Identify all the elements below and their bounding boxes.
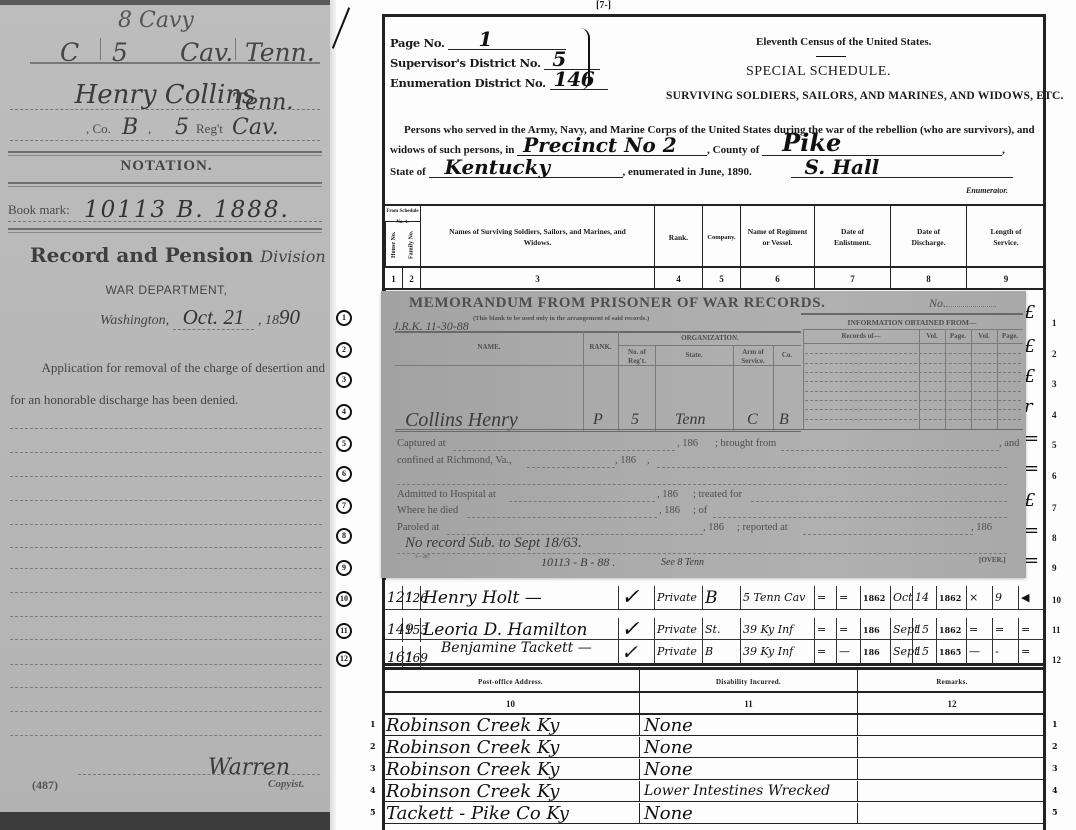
- grid-line: [803, 343, 1023, 344]
- dotted-line: [509, 501, 655, 502]
- state-value: Kentucky: [445, 155, 551, 179]
- column-number: 12: [858, 693, 1046, 713]
- discharge-month: Sept: [891, 618, 913, 642]
- memo-title: MEMORANDUM FROM PRISONER OF WAR RECORDS.: [409, 295, 826, 312]
- row-number-left: 1: [370, 719, 376, 729]
- service-days: =: [1019, 640, 1045, 664]
- row-number-right: 2: [1052, 741, 1058, 751]
- row-number-left: 3: [370, 763, 376, 773]
- column-number: 2: [403, 268, 421, 290]
- service-record-card: 8 Cavy C 5 Cav. Tenn. Henry Collins , Co…: [0, 0, 333, 830]
- column-header-company: Company.: [703, 206, 741, 268]
- grid-line: [803, 329, 1023, 330]
- memo-info-col-page: Page.: [945, 332, 971, 341]
- remarks: [858, 715, 1046, 736]
- rank: Private: [655, 640, 703, 664]
- row-number-right: 4: [1052, 785, 1058, 795]
- dotted-line: [781, 450, 999, 451]
- service-months: =: [993, 618, 1019, 642]
- column-header-enlistment: Date of Enlistment.: [815, 206, 891, 268]
- dotted-line: [805, 409, 1021, 410]
- margin-mark: =: [1024, 428, 1039, 449]
- regiment-label: Reg't: [196, 121, 223, 137]
- memo-info-col-page: Page.: [997, 332, 1023, 341]
- dotted-line: [803, 534, 973, 535]
- blank-line: [10, 664, 322, 665]
- memo-number: No.: [929, 296, 996, 311]
- column-header-rank: Rank.: [655, 206, 703, 268]
- soldier-name: Benjamine Tackett —: [421, 640, 619, 664]
- column-number: 11: [640, 693, 858, 713]
- column-number: 9: [967, 268, 1045, 290]
- discharge-day: 14: [913, 586, 937, 610]
- dotted-line: [751, 501, 1007, 502]
- prisoner-of-war-memorandum: MEMORANDUM FROM PRISONER OF WAR RECORDS.…: [381, 291, 1026, 578]
- company: B: [703, 586, 741, 610]
- company-value: B: [122, 115, 138, 140]
- divider: [8, 151, 322, 156]
- page-number-line: Page No. 1: [390, 36, 566, 50]
- family-number: 126: [403, 586, 421, 610]
- blank-line: [10, 452, 322, 453]
- widows-line: widows of such persons, in Precinct No 2…: [390, 142, 1005, 156]
- column-number: 1: [385, 268, 403, 290]
- column-number: 7: [815, 268, 891, 290]
- page-label: Page No.: [390, 36, 445, 50]
- row-marker-left: 4: [336, 404, 352, 420]
- header-letter: C: [60, 38, 79, 67]
- post-office-address: Robinson Creek Ky: [382, 759, 640, 780]
- row-marker-left: 2: [336, 342, 352, 358]
- card-top-edge: [0, 0, 333, 5]
- form-top-mark: [7-­­]: [596, 0, 611, 11]
- dotted-line: [805, 381, 1021, 382]
- remarks: [858, 803, 1046, 824]
- post-office-address: Robinson Creek Ky: [382, 781, 640, 802]
- page-value-field: 1: [448, 36, 566, 50]
- post-office-address: Tackett - Pike Co Ky: [382, 803, 640, 824]
- row-marker-left: 9: [336, 560, 352, 576]
- state-field: Kentucky: [429, 164, 623, 178]
- from-schedule-header: From Schedule No. 1. House No. Family No…: [385, 206, 421, 268]
- enlistment-day: —: [837, 640, 861, 664]
- row-number-left: 5: [370, 807, 376, 817]
- brought-from-label: ; brought from: [715, 438, 776, 449]
- grid-line: [619, 345, 801, 346]
- card-header-row: C 5 Cav. Tenn.: [30, 38, 320, 64]
- date-year-prefix: , 18: [258, 313, 279, 328]
- header-state: Tenn.: [245, 38, 315, 67]
- column-header-length: Length of Service.: [967, 206, 1045, 268]
- divider: [100, 38, 101, 60]
- divider: [801, 313, 1023, 315]
- enumeration-district-line: Enumeration District No. 146: [390, 76, 608, 90]
- dotted-line: [713, 517, 1007, 518]
- blank-line: [10, 476, 322, 477]
- enumerator-signature: S. Hall: [805, 155, 880, 179]
- divider: [816, 56, 846, 57]
- blank-line: [10, 735, 322, 736]
- divider: [395, 331, 801, 333]
- house-number: 149: [385, 618, 403, 642]
- enumerator-label: Enumerator.: [966, 186, 1008, 195]
- row-number-left: 2: [370, 741, 376, 751]
- bracket: [580, 28, 590, 90]
- column-header-family: Family No.: [403, 222, 421, 268]
- enlistment-year: 186: [861, 618, 891, 642]
- died-label: Where he died: [397, 505, 458, 516]
- enlistment-month: =: [815, 618, 837, 642]
- disability: None: [640, 737, 858, 758]
- disability: None: [640, 803, 858, 824]
- row-number-right: 10: [1052, 595, 1061, 605]
- county-label: , County of: [707, 144, 759, 156]
- dotted-line: [467, 517, 657, 518]
- surviving-title: SURVIVING SOLDIERS, SAILORS, AND MARINES…: [666, 90, 1064, 102]
- blank-line: [10, 524, 322, 525]
- table-row: 2 Robinson Creek Ky None 2: [382, 737, 1046, 758]
- rank: Private: [655, 618, 703, 642]
- memo-entry-co: B: [779, 411, 789, 429]
- memo-header-co: Co.: [773, 351, 801, 360]
- copyist-label: Copyist.: [268, 778, 304, 790]
- dotted-line: [397, 484, 1007, 485]
- remarks: [858, 759, 1046, 780]
- column-header-remarks: Remarks.: [858, 670, 1046, 691]
- lower-column-numbers: 10 11 12: [382, 693, 1046, 715]
- memo-see-note: See 8 Tenn: [661, 557, 704, 568]
- enumerator-field: S. Hall: [791, 164, 1013, 178]
- service-months: -: [993, 640, 1019, 664]
- row-number-right: 11: [1052, 625, 1061, 635]
- divider: [395, 429, 1023, 430]
- row-number-right: 12: [1052, 655, 1061, 665]
- date-month-day: Oct. 21: [173, 305, 255, 330]
- column-header-regiment: Name of Regiment or Vessel.: [741, 206, 815, 268]
- memo-entry-state: Tenn: [675, 411, 706, 429]
- application-line-1: Application for removal of the charge of…: [10, 352, 325, 384]
- form-number: (487): [32, 778, 58, 793]
- regiment: 39 Ky Inf: [741, 618, 815, 642]
- column-header-discharge: Date of Discharge.: [891, 206, 967, 268]
- row-number-right: 4: [1052, 410, 1057, 420]
- annotation-cavalry: 8 Cavy: [118, 8, 194, 33]
- paroled-label: Paroled at: [397, 522, 439, 533]
- enumeration-value-field: 146: [550, 76, 608, 90]
- state-label: State of: [390, 166, 426, 178]
- confined-year: , 186: [615, 455, 636, 466]
- dotted-line: [805, 353, 1021, 354]
- blank-line: [10, 428, 322, 429]
- enlistment-month: =: [815, 586, 837, 610]
- memo-info-col-vol: Vol.: [919, 332, 945, 341]
- enlistment-day: =: [837, 618, 861, 642]
- department-label: WAR DEPARTMENT,: [0, 283, 333, 297]
- row-number-left: 4: [370, 785, 376, 795]
- blank-line: [10, 568, 322, 569]
- discharge-day: 15: [913, 640, 937, 664]
- enumerated-text: , enumerated in June, 1890.: [623, 166, 752, 178]
- regiment: 5 Tenn Cav: [741, 586, 815, 610]
- application-text: Application for removal of the charge of…: [10, 352, 325, 416]
- discharge-month: Oct: [891, 586, 913, 610]
- row-marker-left: 3: [336, 372, 352, 388]
- row-number-right: 6: [1052, 471, 1057, 481]
- row-marker-left: 11: [336, 623, 352, 639]
- service-years: —: [967, 640, 993, 664]
- column-header-house: House No.: [385, 222, 403, 268]
- co-label: , Co.: [86, 121, 111, 137]
- enlistment-month: =: [815, 640, 837, 664]
- admitted-year: , 186: [657, 489, 678, 500]
- margin-mark: =: [1024, 458, 1039, 479]
- memo-info-col-vol: Vol.: [971, 332, 997, 341]
- enlistment-day: =: [837, 586, 861, 610]
- header-arm: Cav.: [180, 38, 233, 67]
- table-row: 5 Tackett - Pike Co Ky None 5: [382, 803, 1046, 824]
- memo-entry-arm: C: [747, 411, 758, 429]
- discharge-month: Sept: [891, 640, 913, 664]
- memo-entry-rank: P: [593, 411, 603, 429]
- memo-form-code: 3—287: [415, 555, 430, 560]
- table-row: 121 126 Henry Holt — ✓ Private B 5 Tenn …: [385, 586, 1045, 610]
- dotted-line: [805, 400, 1021, 401]
- grid-line: [803, 329, 804, 429]
- office-heading: Record and Pension Division: [30, 243, 326, 267]
- memo-header-organization: ORGANIZATION.: [619, 334, 801, 343]
- company: St.: [703, 618, 741, 642]
- divider: [8, 182, 322, 187]
- from-schedule-label: From Schedule No. 1.: [385, 206, 421, 222]
- date-year-suffix: 90: [279, 305, 300, 329]
- house-number: 121: [385, 586, 403, 610]
- paroled-year: , 186: [703, 522, 724, 533]
- service-months: 9: [993, 586, 1019, 610]
- dotted-line: [805, 391, 1021, 392]
- regiment-number: 5: [175, 115, 189, 140]
- remarks: [858, 781, 1046, 802]
- admitted-label: Admitted to Hospital at: [397, 489, 496, 500]
- regiment: 39 Ky Inf: [741, 640, 815, 664]
- book-mark-value: 10113 B. 1888.: [84, 197, 290, 223]
- memo-remark: No record Sub. to Sept 18/63.: [405, 535, 582, 552]
- county-value: Pike: [782, 128, 841, 157]
- upper-table-header: From Schedule No. 1. House No. Family No…: [385, 206, 1045, 268]
- blank-line: [10, 500, 322, 501]
- confined-comma: ,: [647, 455, 650, 466]
- discharge-year: 1865: [937, 640, 967, 664]
- discharge-day: 15: [913, 618, 937, 642]
- header-number: 5: [112, 38, 128, 67]
- check-mark: ✓: [619, 640, 655, 664]
- and-label: , and: [999, 438, 1019, 449]
- column-number: 4: [655, 268, 703, 290]
- table-row: 4 Robinson Creek Ky Lower Intestines Wre…: [382, 781, 1046, 802]
- table-row: 149 153 Leoria D. Hamilton ✓ Private St.…: [385, 618, 1045, 640]
- grid-line: [618, 331, 619, 431]
- state-line: State of Kentucky, enumerated in June, 1…: [390, 164, 1013, 178]
- enlistment-year: 186: [861, 640, 891, 664]
- memo-header-regt-no: No. of Reg't.: [619, 348, 655, 366]
- company-regiment-line: , Co. B , 5 Reg't Tenn. Cav.: [10, 115, 320, 141]
- service-days: =: [1019, 618, 1045, 642]
- column-header-disability: Disability Incurred.: [640, 670, 858, 691]
- row-marker-left: 1: [336, 310, 352, 326]
- confined-label: confined at Richmond, Va.,: [397, 455, 512, 466]
- service-days: ◀: [1019, 586, 1045, 610]
- upper-column-numbers: 1 2 3 4 5 6 7 8 9: [385, 268, 1045, 290]
- washington-label: Washington,: [100, 313, 169, 328]
- disability: None: [640, 715, 858, 736]
- blank-line: [10, 547, 322, 548]
- reported-label: ; reported at: [737, 522, 788, 533]
- post-office-address: Robinson Creek Ky: [382, 737, 640, 758]
- disability: None: [640, 759, 858, 780]
- dotted-line: [657, 467, 1007, 468]
- row-marker-left: 10: [336, 591, 352, 607]
- supervisor-label: Supervisor's District No.: [390, 56, 541, 70]
- regiment-unit: Tenn. Cav.: [232, 90, 320, 140]
- dotted-line: [805, 419, 1021, 420]
- memo-header-state: State.: [655, 351, 733, 360]
- remarks: [858, 737, 1046, 758]
- row-marker-left: 12: [336, 651, 352, 667]
- card-bottom-edge: [0, 812, 333, 830]
- divider: [235, 38, 236, 60]
- soldier-name: Leoria D. Hamilton: [421, 618, 619, 642]
- rank: Private: [655, 586, 703, 610]
- notation-heading: NOTATION.: [0, 158, 333, 175]
- row-number-right: 2: [1052, 349, 1057, 359]
- row-number-right: 8: [1052, 533, 1057, 543]
- table-row: 161 169 Benjamine Tackett — ✓ Private B …: [385, 640, 1045, 666]
- column-header-names: Names of Surviving Soldiers, Sailors, an…: [421, 206, 655, 268]
- memo-reference: 10113 - B - 88 .: [541, 555, 615, 570]
- application-line-2: for an honorable discharge has been deni…: [10, 392, 238, 407]
- column-header-address: Post-office Address.: [382, 670, 640, 691]
- row-number-right: 3: [1052, 763, 1058, 773]
- book-mark-line: Book mark: 10113 B. 1888.: [8, 198, 322, 222]
- page-value: 1: [478, 27, 492, 51]
- row-number-right: 1: [1052, 719, 1058, 729]
- memo-header-name: NAME.: [395, 343, 583, 352]
- column-number: 10: [382, 693, 640, 713]
- dotted-line: [527, 467, 615, 468]
- column-number: 3: [421, 268, 655, 290]
- book-mark-label: Book mark:: [8, 202, 70, 218]
- memo-info-col-records: Records of—: [803, 332, 919, 341]
- special-schedule-title: SPECIAL SCHEDULE.: [746, 64, 891, 80]
- grid-line: [971, 329, 972, 429]
- table-row: 1 Robinson Creek Ky None 1: [382, 715, 1046, 736]
- county-field: Pike: [762, 142, 1002, 156]
- enumeration-label: Enumeration District No.: [390, 76, 546, 90]
- row-number-right: 5: [1052, 807, 1058, 817]
- table-row: 3 Robinson Creek Ky None 3: [382, 759, 1046, 780]
- memo-header-arm: Arm of Service.: [733, 348, 773, 366]
- service-years: =: [967, 618, 993, 642]
- memo-no-label: No.: [929, 296, 946, 310]
- dotted-line: [397, 553, 1007, 554]
- precinct-field: Precinct No 2: [517, 142, 707, 156]
- memo-entry-regt-no: 5: [631, 411, 639, 429]
- dotted-line: [805, 363, 1021, 364]
- row-number-right: 1: [1052, 318, 1057, 328]
- discharge-year: 1862: [937, 618, 967, 642]
- dotted-line: [453, 450, 675, 451]
- copyist-signature: Warren: [78, 755, 320, 775]
- row-number-right: 9: [1052, 563, 1057, 573]
- reported-year: , 186: [971, 522, 992, 533]
- dotted-line: [805, 372, 1021, 373]
- precinct-value: Precinct No 2: [523, 133, 677, 157]
- column-number: 6: [741, 268, 815, 290]
- row-marker-left: 6: [336, 466, 352, 482]
- persons-text: Persons who served in the Army, Navy, an…: [390, 124, 1040, 136]
- soldier-name: Henry Holt —: [421, 586, 619, 610]
- grid-line: [997, 329, 998, 429]
- blank-line: [10, 711, 322, 712]
- office-heading-handwritten: Division: [260, 247, 325, 266]
- family-number: 153: [403, 618, 421, 642]
- row-marker-left: 7: [336, 498, 352, 514]
- enlistment-year: 1862: [861, 586, 891, 610]
- blank-line: [10, 687, 322, 688]
- divider: [8, 228, 322, 233]
- row-number-right: 5: [1052, 440, 1057, 450]
- row-number-right: 3: [1052, 379, 1057, 389]
- blank-line: [10, 592, 322, 593]
- eleventh-census-title: Eleventh Census of the United States.: [756, 36, 931, 48]
- margin-mark: =: [1024, 550, 1039, 571]
- check-mark: ✓: [619, 586, 655, 610]
- row-number-right: 7: [1052, 503, 1057, 513]
- memo-over-label: [OVER.]: [979, 556, 1006, 564]
- died-year: , 186: [659, 505, 680, 516]
- blank-line: [10, 616, 322, 617]
- memo-info-heading: INFORMATION OBTAINED FROM—: [801, 318, 1023, 327]
- disability: Lower Intestines Wrecked: [640, 781, 858, 802]
- captured-label: Captured at: [397, 438, 446, 449]
- column-number: 5: [703, 268, 741, 290]
- grid-line: [945, 329, 946, 429]
- grid-line: [919, 329, 920, 429]
- company: B: [703, 640, 741, 664]
- captured-year: , 186: [677, 438, 698, 449]
- column-number: 8: [891, 268, 967, 290]
- lower-table-header: Post-office Address. Disability Incurred…: [382, 667, 1046, 693]
- service-years: ×: [967, 586, 993, 610]
- check-mark: ✓: [619, 618, 655, 642]
- blank-line: [10, 639, 322, 640]
- row-marker-left: 5: [336, 436, 352, 452]
- of-label: ; of: [693, 505, 707, 516]
- row-marker-left: 8: [336, 528, 352, 544]
- treated-label: ; treated for: [693, 489, 742, 500]
- memo-subtitle: (This blank to be used only in the arran…: [473, 315, 649, 322]
- captured-line: Captured at: [397, 438, 446, 449]
- post-office-address: Robinson Creek Ky: [382, 715, 640, 736]
- washington-date-line: Washington, Oct. 21 , 1890: [100, 305, 300, 330]
- memo-header-rank: RANK.: [583, 343, 618, 352]
- office-heading-text: Record and Pension: [30, 243, 253, 267]
- margin-mark: =: [1024, 520, 1039, 541]
- discharge-year: 1862: [937, 586, 967, 610]
